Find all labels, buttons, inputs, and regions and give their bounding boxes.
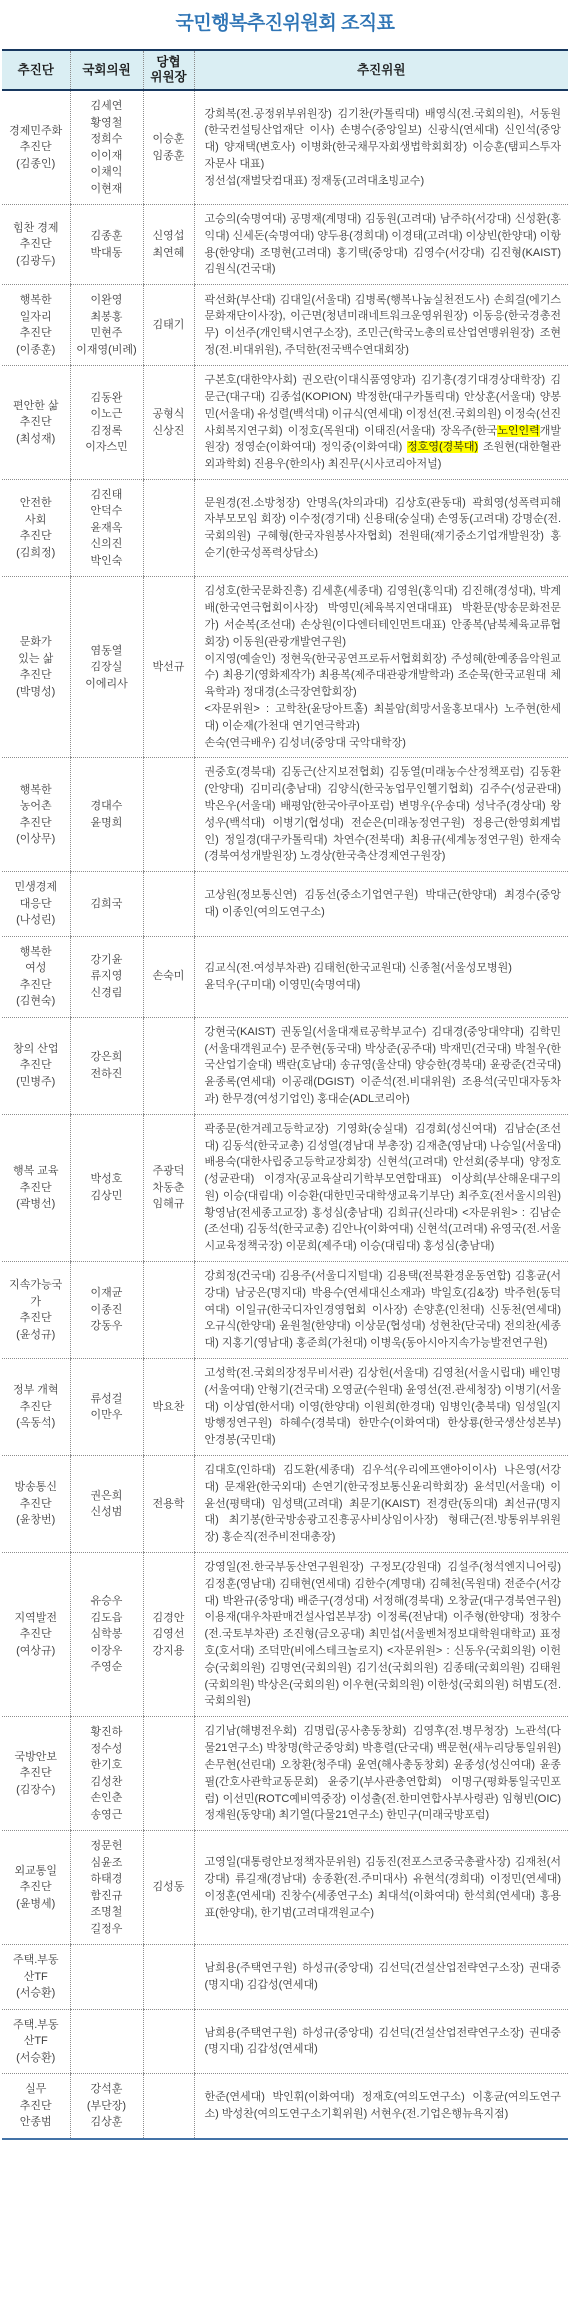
members-cell: 김성호(한국문화진흥) 김세훈(세종대) 김영원(홍익대) 김진해(경성대), … (194, 577, 568, 758)
members-cell: 남희용(주택연구원) 하성규(중앙대) 김선덕(건설산업전략연구소장) 권대중(… (194, 1945, 568, 2010)
members-cell: 고상원(정보통신연) 김동선(중소기업연구원) 박대근(한양대) 최경수(중앙대… (194, 872, 568, 937)
table-row: 행복 교육추진단(곽병선)박성호김상민주광덕차동춘임해규곽종문(한겨레고등학교장… (2, 1114, 568, 1261)
team-cell: 행복한농어촌추진단(이상무) (2, 758, 70, 872)
members-cell: 문원경(전.소방청장) 안명옥(차의과대) 김상호(관동대) 곽희영(성폭력피해… (194, 479, 568, 577)
table-row: 지역발전추진단(여상규)유승우김도읍심학봉이장우주영순김경안김영선강지용강영일(… (2, 1553, 568, 1717)
header-cell-assembly: 국회의원 (70, 50, 143, 90)
table-row: 정부 개혁추진단(옥동석)류성걸이만우박요찬고성학(전.국회의장정무비서관) 김… (2, 1359, 568, 1456)
chair-cell (143, 1262, 194, 1359)
members-cell: 김기남(해병전우회) 김명립(공사총동창회) 김영후(전.병무청장) 노관석(다… (194, 1717, 568, 1831)
assembly-cell: 김세연황영철정희수이이재이채익이현재 (70, 90, 143, 205)
chair-cell: 김태기 (143, 285, 194, 366)
chair-cell: 박요찬 (143, 1359, 194, 1456)
team-cell: 지역발전추진단(여상규) (2, 1553, 70, 1717)
team-cell: 경제민주화추진단(김종인) (2, 90, 70, 205)
assembly-cell: 경대수윤명희 (70, 758, 143, 872)
team-cell: 안전한사회추진단(김희정) (2, 479, 70, 577)
chair-cell: 신영섭최연혜 (143, 205, 194, 285)
chair-cell (143, 1717, 194, 1831)
members-cell: 강현국(KAIST) 권동일(서울대재료공학부교수) 김대경(중앙대약대) 김학… (194, 1017, 568, 1114)
team-cell: 방송통신추진단(윤창번) (2, 1456, 70, 1553)
assembly-cell: 강기윤류지영신경림 (70, 936, 143, 1017)
chair-cell: 박선규 (143, 577, 194, 758)
assembly-cell (70, 1945, 143, 2010)
chair-cell: 주광덕차동춘임해규 (143, 1114, 194, 1261)
table-row: 실무추진단안종범강석훈(부단장)김상훈한준(연세대) 박인휘(이화여대) 정재호… (2, 2074, 568, 2139)
table-row: 방송통신추진단(윤창번)권은희신성범전용학김대호(인하대) 김도환(세종대) 김… (2, 1456, 568, 1553)
members-cell: 권중호(경북대) 김동근(산지보전협회) 김동열(미래농수산정책포럼) 김동환(… (194, 758, 568, 872)
table-body: 경제민주화추진단(김종인)김세연황영철정희수이이재이채익이현재이승훈임종훈강희복… (2, 90, 568, 2139)
members-cell: 한준(연세대) 박인휘(이화여대) 정재호(여의도연구소) 이홍균(여의도연구소… (194, 2074, 568, 2139)
assembly-cell: 김종훈박대동 (70, 205, 143, 285)
highlighted-text: 노인인력 (497, 425, 540, 437)
team-cell: 창의 산업추진단(민병주) (2, 1017, 70, 1114)
assembly-cell: 이완영최봉홍민현주이재영(비례) (70, 285, 143, 366)
members-cell: 강희복(전.공정위부위원장) 김기찬(카톨릭대) 배영식(전.국회의원), 서동… (194, 90, 568, 205)
assembly-cell: 강은희전하진 (70, 1017, 143, 1114)
team-cell: 지속가능국가추진단(윤성규) (2, 1262, 70, 1359)
table-row: 힘찬 경제추진단(김광두)김종훈박대동신영섭최연혜고승의(숙명여대) 공명재(계… (2, 205, 568, 285)
members-cell: 강영일(전.한국부동산연구원원장) 구정모(강원대) 김설주(청석엔지니어링) … (194, 1553, 568, 1717)
assembly-cell: 강석훈(부단장)김상훈 (70, 2074, 143, 2139)
assembly-cell: 박성호김상민 (70, 1114, 143, 1261)
team-cell: 국방안보추진단(김장수) (2, 1717, 70, 1831)
chair-cell (143, 872, 194, 937)
table-row: 행복한여성추진단(김현숙)강기윤류지영신경림손숙미김교식(전.여성부차관) 김태… (2, 936, 568, 1017)
org-table: 추진단국회의원당협위원장추진위원 경제민주화추진단(김종인)김세연황영철정희수이… (2, 49, 568, 2140)
members-cell: 강희정(건국대) 김용주(서울디지털대) 김용택(전북환경운동연합) 김홍균(서… (194, 1262, 568, 1359)
chair-cell (143, 2074, 194, 2139)
table-row: 국방안보추진단(김장수)황진하정수성한기호김성찬손인춘송영근김기남(해병전우회)… (2, 1717, 568, 1831)
table-row: 외교통일추진단(윤병세)정문헌심윤조하태경함진규조명철길정우김성동고영일(대통령… (2, 1831, 568, 1945)
members-cell: 김교식(전.여성부차관) 김태헌(한국교원대) 신종철(서울성모병원)윤덕우(구… (194, 936, 568, 1017)
assembly-cell: 유승우김도읍심학봉이장우주영순 (70, 1553, 143, 1717)
team-cell: 행복 교육추진단(곽병선) (2, 1114, 70, 1261)
members-cell: 곽종문(한겨레고등학교장) 기영화(숭실대) 김경회(성신여대) 김남순(조선대… (194, 1114, 568, 1261)
header-cell-team: 추진단 (2, 50, 70, 90)
table-row: 지속가능국가추진단(윤성규)이재균이종진강동우강희정(건국대) 김용주(서울디지… (2, 1262, 568, 1359)
assembly-cell: 김동완이노근김정록이자스민 (70, 366, 143, 480)
page-title: 국민행복추진위원회 조직표 (0, 8, 570, 35)
chair-cell: 김경안김영선강지용 (143, 1553, 194, 1717)
members-cell: 고성학(전.국회의장정무비서관) 김상헌(서울대) 김영천(서울시립대) 배인명… (194, 1359, 568, 1456)
header-cell-chair: 당협위원장 (143, 50, 194, 90)
members-cell: 고승의(숙명여대) 공명재(계명대) 김동원(고려대) 남주하(서강대) 신성환… (194, 205, 568, 285)
table-row: 행복한농어촌추진단(이상무)경대수윤명희권중호(경북대) 김동근(산지보전협회)… (2, 758, 568, 872)
table-row: 창의 산업추진단(민병주)강은희전하진강현국(KAIST) 권동일(서울대재료공… (2, 1017, 568, 1114)
team-cell: 민생경제대응단(나성린) (2, 872, 70, 937)
team-cell: 외교통일추진단(윤병세) (2, 1831, 70, 1945)
assembly-cell: 이재균이종진강동우 (70, 1262, 143, 1359)
team-cell: 정부 개혁추진단(옥동석) (2, 1359, 70, 1456)
team-cell: 주택.부동산TF(서승환) (2, 1945, 70, 2010)
header-cell-members: 추진위원 (194, 50, 568, 90)
team-cell: 주택.부동산TF(서승환) (2, 2009, 70, 2074)
chair-cell (143, 2009, 194, 2074)
assembly-cell: 황진하정수성한기호김성찬손인춘송영근 (70, 1717, 143, 1831)
members-cell: 곽선화(부산대) 김대일(서울대) 김병록(행복나눔실천전도사) 손희걸(에기스… (194, 285, 568, 366)
table-header: 추진단국회의원당협위원장추진위원 (2, 50, 568, 90)
team-cell: 편안한 삶추진단(최성재) (2, 366, 70, 480)
table-row: 민생경제대응단(나성린)김희국고상원(정보통신연) 김동선(중소기업연구원) 박… (2, 872, 568, 937)
chair-cell: 공형식신상진 (143, 366, 194, 480)
assembly-cell: 김진태안덕수윤재옥신의진박인숙 (70, 479, 143, 577)
team-cell: 문화가있는 삶추진단(박명성) (2, 577, 70, 758)
team-cell: 행복한일자리추진단(이종훈) (2, 285, 70, 366)
team-cell: 행복한여성추진단(김현숙) (2, 936, 70, 1017)
highlighted-text: 정호영(경북대) (407, 441, 478, 453)
table-row: 경제민주화추진단(김종인)김세연황영철정희수이이재이채익이현재이승훈임종훈강희복… (2, 90, 568, 205)
table-row: 안전한사회추진단(김희정)김진태안덕수윤재옥신의진박인숙문원경(전.소방청장) … (2, 479, 568, 577)
table-row: 행복한일자리추진단(이종훈)이완영최봉홍민현주이재영(비례)김태기곽선화(부산대… (2, 285, 568, 366)
table-row: 주택.부동산TF(서승환)남희용(주택연구원) 하성규(중앙대) 김선덕(건설산… (2, 2009, 568, 2074)
chair-cell (143, 479, 194, 577)
assembly-cell (70, 2009, 143, 2074)
table-row: 주택.부동산TF(서승환)남희용(주택연구원) 하성규(중앙대) 김선덕(건설산… (2, 1945, 568, 2010)
team-cell: 실무추진단안종범 (2, 2074, 70, 2139)
members-cell: 구본호(대한약사회) 권오란(이대식품영양과) 김기흥(경기대경상대학장) 김문… (194, 366, 568, 480)
members-cell: 김대호(인하대) 김도환(세종대) 김우석(우리에프앤아이이사) 나은영(서강대… (194, 1456, 568, 1553)
table-row: 편안한 삶추진단(최성재)김동완이노근김정록이자스민공형식신상진구본호(대한약사… (2, 366, 568, 480)
chair-cell: 전용학 (143, 1456, 194, 1553)
org-chart-page: 국민행복추진위원회 조직표 추진단국회의원당협위원장추진위원 경제민주화추진단(… (0, 0, 570, 2140)
chair-cell (143, 1017, 194, 1114)
team-cell: 힘찬 경제추진단(김광두) (2, 205, 70, 285)
members-cell: 남희용(주택연구원) 하성규(중앙대) 김선덕(건설산업전략연구소장) 권대중(… (194, 2009, 568, 2074)
assembly-cell: 권은희신성범 (70, 1456, 143, 1553)
assembly-cell: 정문헌심윤조하태경함진규조명철길정우 (70, 1831, 143, 1945)
chair-cell: 김성동 (143, 1831, 194, 1945)
header-row: 추진단국회의원당협위원장추진위원 (2, 50, 568, 90)
members-cell: 고영일(대통령안보정책자문위원) 김동진(전포스코중국총괄사장) 김재천(서강대… (194, 1831, 568, 1945)
chair-cell: 이승훈임종훈 (143, 90, 194, 205)
chair-cell (143, 758, 194, 872)
assembly-cell: 염동열김장실이에리사 (70, 577, 143, 758)
chair-cell (143, 1945, 194, 2010)
chair-cell: 손숙미 (143, 936, 194, 1017)
assembly-cell: 김희국 (70, 872, 143, 937)
table-row: 문화가있는 삶추진단(박명성)염동열김장실이에리사박선규김성호(한국문화진흥) … (2, 577, 568, 758)
assembly-cell: 류성걸이만우 (70, 1359, 143, 1456)
